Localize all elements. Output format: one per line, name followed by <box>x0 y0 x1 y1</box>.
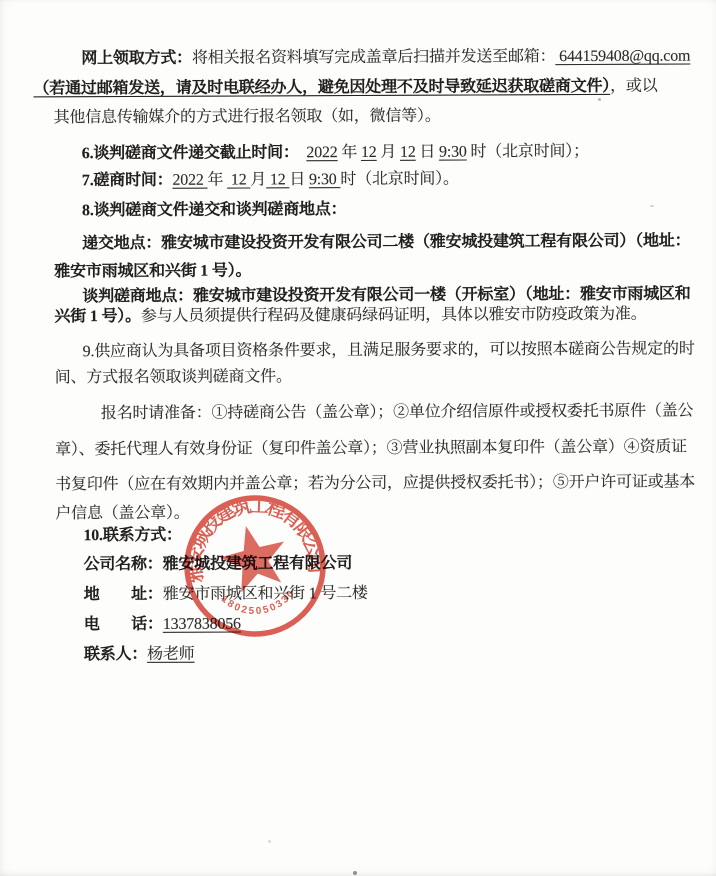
doc-text: 时（北京时间）。 <box>340 171 458 189</box>
doc-text: 地 址： <box>84 586 163 603</box>
doc-text: 9:30 <box>439 144 467 161</box>
doc-text: 月 <box>250 171 266 188</box>
doc-text: 参与人员须提供行程码及健康码绿码证明，具体以雅安市防疫政策为准。 <box>141 306 647 325</box>
doc-text <box>299 144 307 161</box>
seal-graphic: 雅安城投建筑工程有限公司 18025050330 <box>160 471 349 660</box>
seal-star-icon <box>214 518 294 596</box>
doc-text: 7.磋商时间： <box>82 172 173 189</box>
doc-text: 间、方式报名领取谈判磋商文件。 <box>55 368 292 386</box>
doc-text: 2022 <box>172 172 207 189</box>
doc-text: 6.谈判磋商文件递交截止时间： <box>82 144 299 162</box>
doc-text: 年 <box>207 172 227 189</box>
scanned-page: 网上领取方式：将相关报名资料填写完成盖章后扫描并发送至邮箱： 644159408… <box>0 0 716 876</box>
doc-line: 7.磋商时间：2022 年 12 月 12 日 9:30 时（北京时间）。 <box>82 166 459 191</box>
doc-text: 年 <box>338 144 361 161</box>
doc-text: ，或以 <box>610 78 657 95</box>
doc-text: 月 <box>377 144 400 161</box>
doc-line: 兴街 1 号）。参与人员须提供行程码及健康码绿码证明，具体以雅安市防疫政策为准。 <box>54 301 646 327</box>
doc-text: 9.供应商认为具备项目资格条件要求，且满足服务要求的，可以按照本磋商公告规定的时 <box>83 341 695 361</box>
doc-text: 时（北京时间）； <box>467 143 589 161</box>
doc-text: 章）、委托代理人有效身份证（复印件盖公章）；③营业执照副本复印件（盖公章）④资质… <box>55 439 687 459</box>
doc-text: 其他信息传输媒介的方式进行报名领取（如，微信等）。 <box>54 108 441 127</box>
doc-line: 雅安市雨城区和兴街 1 号）。 <box>54 257 251 281</box>
doc-text: 网上领取方式： <box>81 50 192 67</box>
scan-artifact <box>650 205 654 207</box>
doc-text: 雅安市雨城区和兴街 1 号）。 <box>54 262 251 280</box>
doc-text: 日 <box>416 144 439 161</box>
doc-text: 兴街 1 号）。 <box>54 308 140 325</box>
doc-line: （若通过邮箱发送，请及时电联经办人，避免因处理不及时导致延迟获取磋商文件），或以 <box>33 73 657 99</box>
doc-text: 12 <box>266 171 289 188</box>
doc-line: 9.供应商认为具备项目资格条件要求，且满足服务要求的，可以按照本磋商公告规定的时 <box>83 336 695 362</box>
doc-text: 公司名称： <box>84 556 163 573</box>
email-address: 644159408@qq.com <box>555 48 690 66</box>
doc-text: 日 <box>289 171 309 188</box>
doc-text: （若通过邮箱发送，请及时电联经办人，避免因处理不及时导致延迟获取磋商文件） <box>33 78 610 98</box>
doc-text: 12 <box>361 144 377 161</box>
scan-artifact <box>353 871 357 875</box>
doc-text: 电 话： <box>84 616 163 633</box>
doc-line: 6.谈判磋商文件递交截止时间： 2022 年 12 月 12 日 9:30 时（… <box>82 138 589 163</box>
doc-text: 12 <box>400 144 416 161</box>
doc-text: 将相关报名资料填写完成盖章后扫描并发送至邮箱： <box>192 48 555 67</box>
doc-text: 联系人： <box>84 646 147 663</box>
scan-artifact <box>598 98 601 101</box>
scan-artifact <box>268 840 271 843</box>
doc-text: 2022 <box>306 144 337 161</box>
doc-line: 8.谈判磋商文件递交和谈判磋商地点： <box>82 196 347 220</box>
doc-text: 书复印件（应在有效期内并盖公章；若为分公司，应提供授权委托书）；⑤开户许可证或基… <box>55 474 695 494</box>
doc-text: 12 <box>227 171 250 188</box>
doc-line: 其他信息传输媒介的方式进行报名领取（如，微信等）。 <box>54 103 441 128</box>
doc-text: 递交地点：雅安城市建设投资开发有限公司二楼（雅安城投建筑工程有限公司）（地址： <box>82 233 690 253</box>
doc-line: 递交地点：雅安城市建设投资开发有限公司二楼（雅安城投建筑工程有限公司）（地址： <box>82 228 690 254</box>
doc-line: 间、方式报名领取谈判磋商文件。 <box>55 363 292 387</box>
doc-line: 书复印件（应在有效期内并盖公章；若为分公司，应提供授权委托书）；⑤开户许可证或基… <box>55 469 695 495</box>
doc-line: 章）、委托代理人有效身份证（复印件盖公章）；③营业执照副本复印件（盖公章）④资质… <box>55 434 687 460</box>
doc-line: 报名时请准备：①持磋商公告（盖公章）；②单位介绍信原件或授权委托书原件（盖公 <box>101 398 694 424</box>
official-seal: 雅安城投建筑工程有限公司 18025050330 <box>160 471 349 660</box>
doc-line: 网上领取方式：将相关报名资料填写完成盖章后扫描并发送至邮箱： 644159408… <box>81 43 690 69</box>
doc-text: 8.谈判磋商文件递交和谈判磋商地点： <box>82 201 346 219</box>
doc-text: 9:30 <box>309 171 341 188</box>
document-body: 网上领取方式：将相关报名资料填写完成盖章后扫描并发送至邮箱： 644159408… <box>0 0 716 876</box>
seal-number-text: 18025050330 <box>218 586 300 620</box>
doc-text: 报名时请准备：①持磋商公告（盖公章）；②单位介绍信原件或授权委托书原件（盖公 <box>101 403 693 423</box>
